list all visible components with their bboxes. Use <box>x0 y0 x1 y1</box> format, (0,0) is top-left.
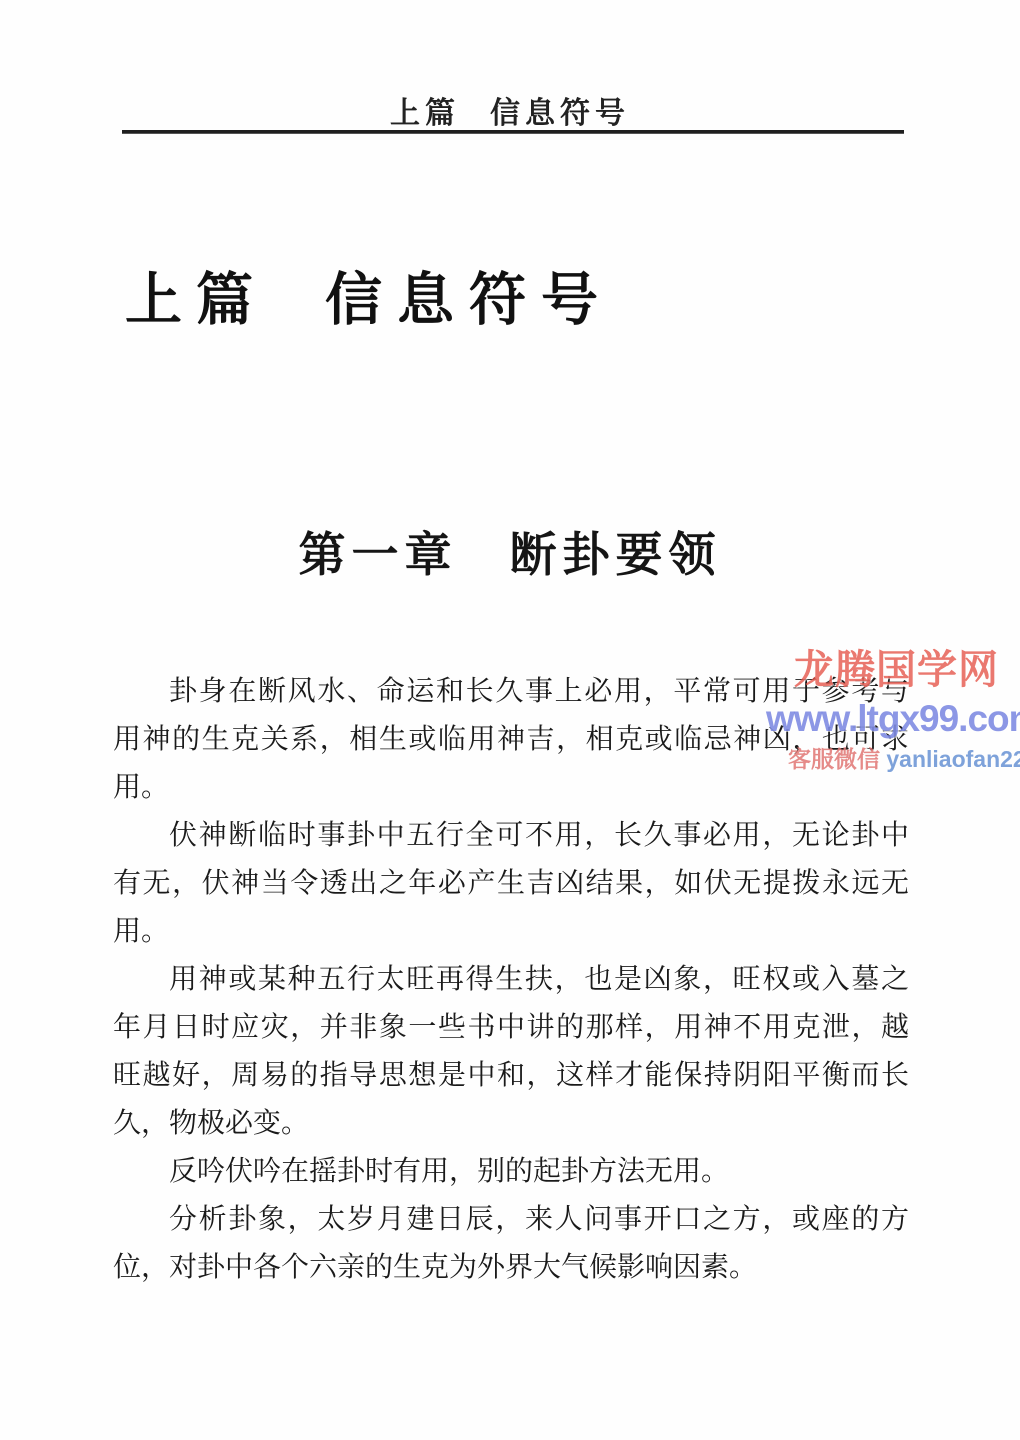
body-paragraph: 分析卦象，太岁月建日辰，来人问事开口之方，或座的方 位，对卦中各个六亲的生克为外… <box>113 1196 909 1292</box>
body-paragraph: 反吟伏吟在摇卦时有用，别的起卦方法无用。 <box>113 1148 909 1196</box>
running-header-part: 上篇 <box>390 97 460 130</box>
part-title-number: 上篇 <box>125 268 267 332</box>
body-line: 久，物极必变。 <box>113 1100 909 1148</box>
chapter-number: 第一章 <box>299 530 458 582</box>
chapter-heading: 第一章断卦要领 <box>0 518 1020 585</box>
body-line: 有无，伏神当令透出之年必产生吉凶结果，如伏无提拨永远无 <box>113 860 909 908</box>
chapter-title: 断卦要领 <box>510 530 722 582</box>
part-title: 上篇信息符号 <box>125 254 613 336</box>
body-line: 卦身在断风水、命运和长久事上必用，平常可用于参考与 <box>113 668 909 716</box>
body-paragraph: 卦身在断风水、命运和长久事上必用，平常可用于参考与 用神的生克关系，相生或临用神… <box>113 668 909 812</box>
running-header: 上篇信息符号 <box>0 88 1020 132</box>
part-title-text: 信息符号 <box>325 268 613 332</box>
body-line: 用神或某种五行太旺再得生扶，也是凶象，旺权或入墓之 <box>113 956 909 1004</box>
body-line: 年月日时应灾，并非象一些书中讲的那样，用神不用克泄，越 <box>113 1004 909 1052</box>
body-line: 反吟伏吟在摇卦时有用，别的起卦方法无用。 <box>113 1148 909 1196</box>
body-line: 伏神断临时事卦中五行全可不用，长久事必用，无论卦中 <box>113 812 909 860</box>
running-header-section: 信息符号 <box>490 97 630 130</box>
body-line: 旺越好，周易的指导思想是中和，这样才能保持阴阳平衡而长 <box>113 1052 909 1100</box>
body-line: 用。 <box>113 764 909 812</box>
body-paragraph: 伏神断临时事卦中五行全可不用，长久事必用，无论卦中 有无，伏神当令透出之年必产生… <box>113 812 909 956</box>
body-line: 用。 <box>113 908 909 956</box>
body-text: 卦身在断风水、命运和长久事上必用，平常可用于参考与 用神的生克关系，相生或临用神… <box>113 668 909 1292</box>
book-page: 上篇信息符号 上篇信息符号 第一章断卦要领 卦身在断风水、命运和长久事上必用，平… <box>0 0 1020 1440</box>
body-paragraph: 用神或某种五行太旺再得生扶，也是凶象，旺权或入墓之 年月日时应灾，并非象一些书中… <box>113 956 909 1148</box>
body-line: 位，对卦中各个六亲的生克为外界大气候影响因素。 <box>113 1244 909 1292</box>
body-line: 分析卦象，太岁月建日辰，来人问事开口之方，或座的方 <box>113 1196 909 1244</box>
body-line: 用神的生克关系，相生或临用神吉，相克或临忌神凶，也可求 <box>113 716 909 764</box>
header-rule <box>122 130 904 134</box>
